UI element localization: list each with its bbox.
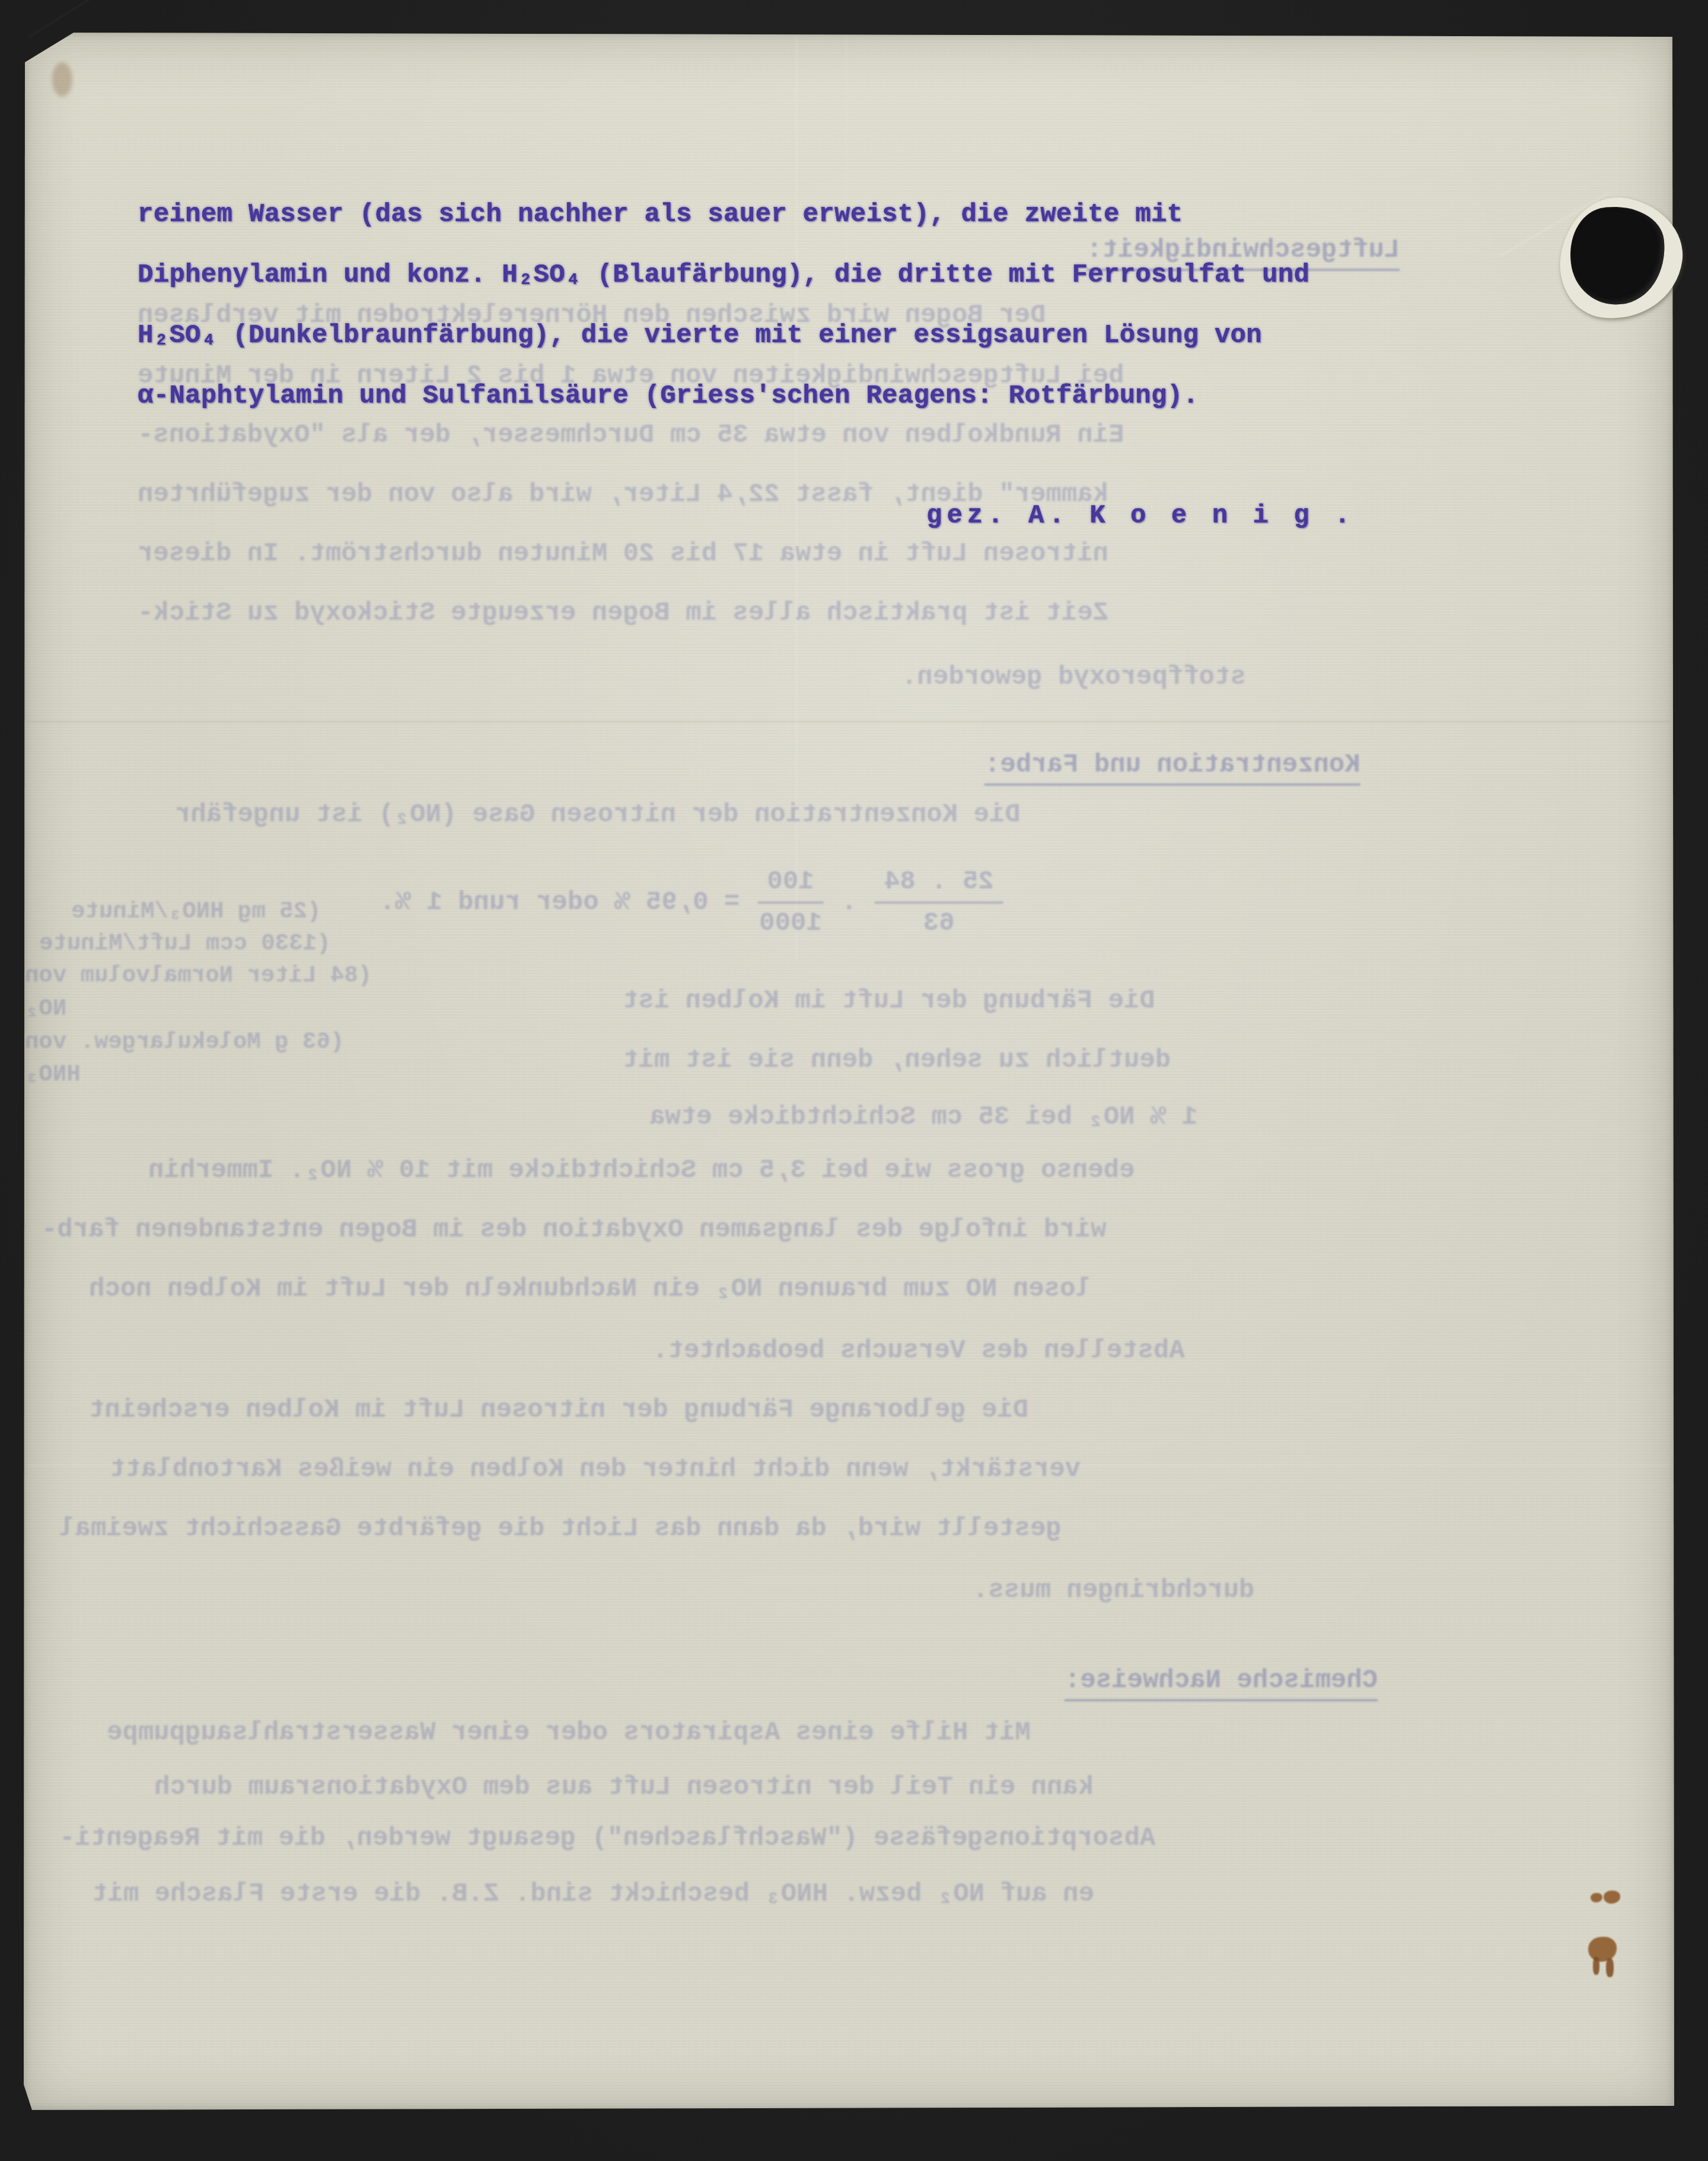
corner-stain	[52, 62, 72, 97]
bleed-line: losen NO zum braunen NO₂ ein Nachdunkeln…	[89, 1276, 1091, 1302]
multiplication-dot: .	[842, 888, 857, 917]
bleed-line: Konzentration und Farbe:	[984, 752, 1360, 786]
fraction-numerator: 100	[757, 867, 823, 904]
bleed-line: (84 Liter Normalvolum von	[25, 964, 372, 987]
bleed-line: Chemische Nachweise:	[1065, 1668, 1378, 1701]
rust-stain	[1606, 1958, 1614, 1977]
bleed-line: deutlich zu sehen, denn sie ist mit	[623, 1047, 1171, 1073]
bleed-fraction: 25 . 84 63	[875, 867, 1003, 938]
bleed-line: HNO₃	[25, 1063, 81, 1086]
typed-line: H₂SO₄ (Dunkelbraunfärbung), die vierte m…	[138, 323, 1262, 349]
bleed-line: Die gelborange Färbung der nitrosen Luft…	[89, 1397, 1028, 1423]
bleed-line: nitrosen Luft in etwa 17 bis 20 Minuten …	[138, 541, 1108, 567]
typed-line: reinem Wasser (das sich nachher als saue…	[138, 202, 1183, 228]
fraction-denominator: 63	[923, 904, 955, 938]
bleed-line: 1 % NO₂ bei 35 cm Schichtdicke etwa	[649, 1104, 1197, 1130]
bleed-line: gestellt wird, da dann das Licht die gef…	[59, 1516, 1062, 1542]
bleed-fraction: 100 1000	[757, 867, 823, 938]
bleed-line: Die Konzentration der nitrosen Gase (NO₂…	[175, 802, 1021, 828]
bleed-line: (63 g Molekulargew. von	[25, 1031, 344, 1054]
bleed-line: NO₂	[25, 997, 66, 1021]
bleed-line: Ein Rundkolben von etwa 35 cm Durchmesse…	[138, 422, 1124, 448]
bleed-line: Absorptionsgefässe ("Waschflaschen") ges…	[59, 1825, 1155, 1851]
bleed-line: stoffperoxyd geworden.	[901, 664, 1246, 690]
signature-line: gez. A. K o e n i g .	[926, 503, 1355, 529]
bleed-line: (25 mg HNO₃/Minute	[71, 900, 321, 923]
fraction-numerator: 25 . 84	[875, 867, 1003, 904]
bleed-line: en auf NO₂ bezw. HNO₃ beschickt sind. Z.…	[92, 1881, 1094, 1907]
bleed-line: Zeit ist praktisch alles im Bogen erzeug…	[138, 600, 1108, 626]
bleed-formula: 25 . 84 63 . 100 1000 = 0,95 % oder rund…	[380, 867, 1003, 938]
corner-crease	[28, 0, 144, 38]
bleed-line: Die Färbung der Luft im Kolben ist	[623, 988, 1155, 1014]
rust-stain	[1593, 1957, 1599, 1975]
bleed-line: verstärkt, wenn dicht hinter den Kolben …	[110, 1456, 1081, 1483]
typed-line: α-Naphtylamin und Sulfanilsäure (Griess'…	[138, 383, 1199, 409]
bleed-line: ebenso gross wie bei 3,5 cm Schichtdicke…	[148, 1158, 1135, 1184]
fraction-denominator: 1000	[759, 904, 822, 938]
bleed-line: Abstellen des Versuchs beobachtet.	[652, 1338, 1185, 1364]
bleed-line: durchdringen muss.	[973, 1577, 1254, 1604]
bleed-line: (1330 ccm Luft/Minute	[39, 932, 330, 955]
typed-line: Diphenylamin und konz. H₂SO₄ (Blaufärbun…	[138, 262, 1309, 288]
bleed-line: Mit Hilfe eines Aspirators oder einer Wa…	[107, 1720, 1031, 1746]
formula-result: = 0,95 % oder rund 1 %.	[380, 888, 740, 917]
scanned-document-page: 25 . 84 63 . 100 1000 = 0,95 % oder rund…	[0, 0, 1708, 2161]
bleed-line: kann ein Teil der nitrosen Luft aus dem …	[154, 1774, 1094, 1800]
bleed-line: wird infolge des langsamen Oxydation des…	[42, 1217, 1107, 1243]
